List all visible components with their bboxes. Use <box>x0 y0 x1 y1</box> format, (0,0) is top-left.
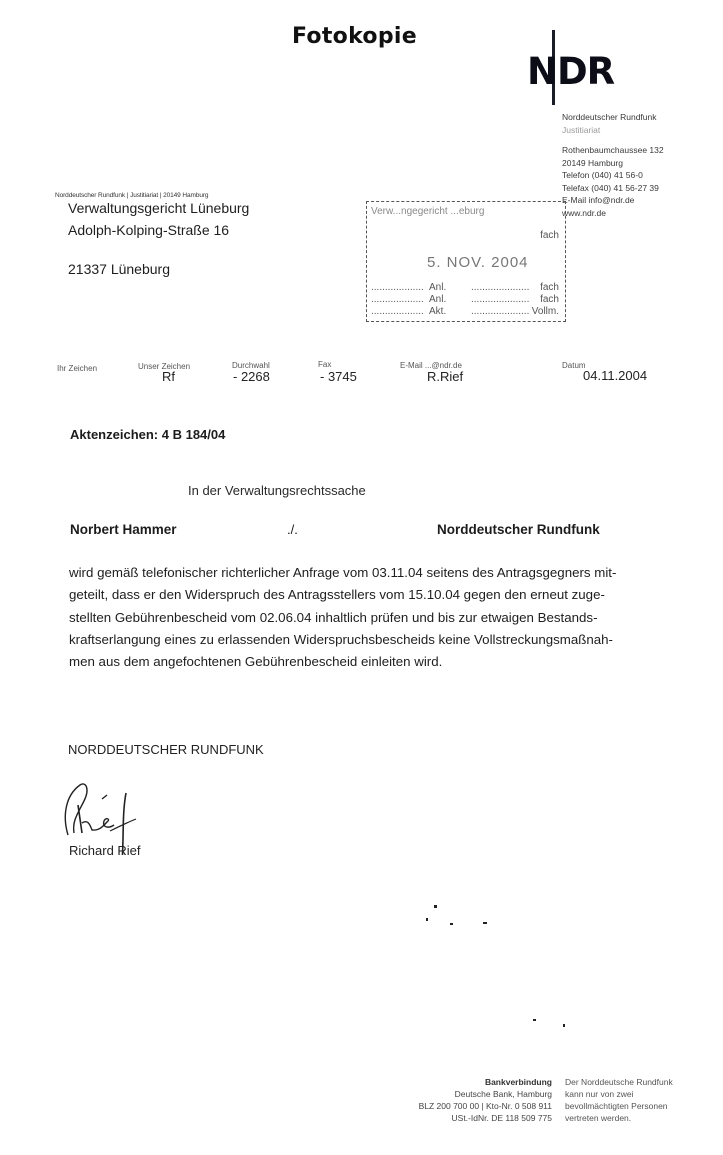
ndr-logo: NDR <box>527 30 607 100</box>
sender-name: Norddeutscher Rundfunk <box>562 111 664 124</box>
body-line: men aus dem angefochtenen Gebührenbesche… <box>69 651 669 673</box>
received-stamp: Verw...ngegericht ...eburg fach 5. NOV. … <box>366 201 566 322</box>
representation-note: Der Norddeutsche Rundfunk kann nur von z… <box>565 1076 673 1124</box>
body-line: geteilt, dass er den Widerspruch des Ant… <box>69 584 669 606</box>
sender-city: 20149 Hamburg <box>562 157 664 170</box>
body-line: kraftserlangung eines zu erlassenden Wid… <box>69 629 669 651</box>
vat-id: USt.-IdNr. DE 118 509 775 <box>440 1112 552 1124</box>
sender-street: Rothenbaumchaussee 132 <box>562 144 664 157</box>
recipient-name: Verwaltungsgericht Lüneburg <box>68 197 249 219</box>
closing: NORDDEUTSCHER RUNDFUNK <box>68 742 264 757</box>
body-line: stellten Gebührenbescheid vom 02.06.04 i… <box>69 607 669 629</box>
versus-mark: ./. <box>287 522 298 537</box>
bank-name: Deutsche Bank, Hamburg <box>440 1088 552 1100</box>
stamp-date: 5. NOV. 2004 <box>427 254 529 271</box>
fax-label: Fax <box>318 360 331 369</box>
party-applicant: Norbert Hammer <box>70 522 177 537</box>
bank-account: BLZ 200 700 00 | Kto-Nr. 0 508 911 <box>400 1100 552 1112</box>
sender-info: Norddeutscher Rundfunk Justitiariat Roth… <box>562 111 664 219</box>
aktenzeichen: Aktenzeichen: 4 B 184/04 <box>70 427 225 442</box>
sender-department: Justitiariat <box>562 124 664 137</box>
ihr-zeichen-label: Ihr Zeichen <box>57 364 97 373</box>
sender-phone: Telefon (040) 41 56-0 <box>562 169 664 182</box>
body-line: wird gemäß telefonischer richterlicher A… <box>69 562 669 584</box>
recipient-street: Adolph-Kolping-Straße 16 <box>68 219 249 241</box>
stamp-header: Verw...ngegericht ...eburg <box>371 206 484 217</box>
email-value: R.Rief <box>427 369 463 384</box>
case-type: In der Verwaltungsrechtssache <box>188 483 366 498</box>
signer-name: Richard Rief <box>69 843 141 858</box>
stamp-row1-suffix: fach <box>540 230 559 241</box>
note-line: bevollmächtigten Personen <box>565 1100 673 1112</box>
party-respondent: Norddeutscher Rundfunk <box>437 522 600 537</box>
recipient-address: Verwaltungsgericht Lüneburg Adolph-Kolpi… <box>68 197 249 280</box>
sender-email: E-Mail info@ndr.de <box>562 194 664 207</box>
fotokopie-stamp: Fotokopie <box>292 24 417 49</box>
note-line: Der Norddeutsche Rundfunk <box>565 1076 673 1088</box>
durchwahl-value: - 2268 <box>233 369 270 384</box>
logo-text: NDR <box>527 50 614 93</box>
letter-body: wird gemäß telefonischer richterlicher A… <box>69 562 669 673</box>
datum-value: 04.11.2004 <box>583 368 647 383</box>
fax-value: - 3745 <box>320 369 357 384</box>
note-line: kann nur von zwei <box>565 1088 673 1100</box>
recipient-city: 21337 Lüneburg <box>68 258 249 280</box>
bank-details: Bankverbindung Deutsche Bank, Hamburg BL… <box>440 1076 552 1124</box>
bank-title: Bankverbindung <box>440 1076 552 1088</box>
sender-fax: Telefax (040) 41 56-27 39 <box>562 182 664 195</box>
note-line: vertreten werden. <box>565 1112 673 1124</box>
sender-web: www.ndr.de <box>562 207 664 220</box>
unser-zeichen-value: Rf <box>162 369 175 384</box>
